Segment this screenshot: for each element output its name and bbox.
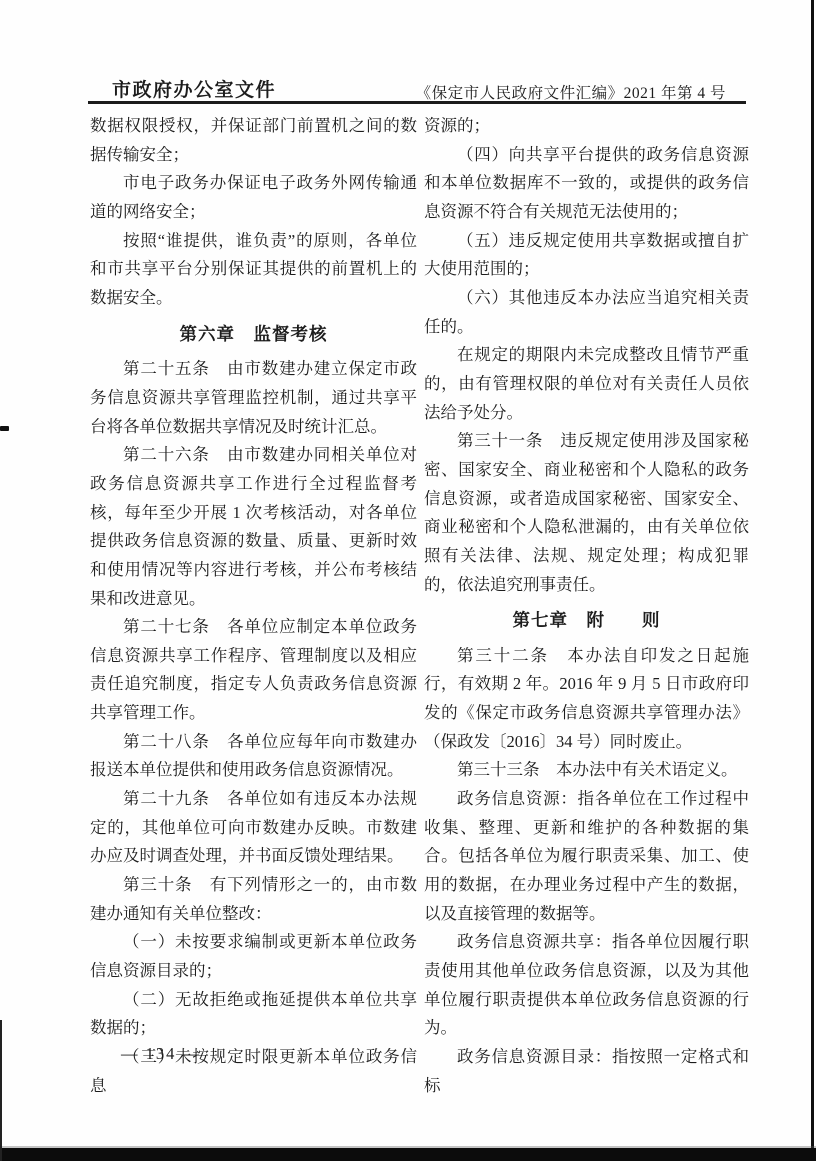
scan-edge-bottom — [0, 1148, 816, 1161]
paragraph: 第二十五条 由市数建办建立保定市政务信息资源共享管理监控机制，通过共享平台将各单… — [90, 355, 417, 441]
section-heading: 第七章 附 则 — [424, 606, 749, 635]
paragraph: 第三十条 有下列情形之一的，由市数建办通知有关单位整改： — [90, 871, 417, 928]
paragraph: 第三十一条 违反规定使用涉及国家秘密、国家安全、商业秘密和个人隐私的政务信息资源… — [424, 427, 749, 599]
paragraph: 第三十三条 本办法中有关术语定义。 — [424, 756, 749, 785]
header-left-title: 市政府办公室文件 — [112, 75, 276, 102]
paragraph: 第三十二条 本办法自印发之日起施行，有效期 2 年。2016 年 9 月 5 日… — [424, 642, 749, 757]
section-heading: 第六章 监督考核 — [90, 320, 417, 349]
scan-speck-mark — [0, 426, 9, 431]
paragraph: （二）无故拒绝或拖延提供本单位共享数据的； — [90, 986, 417, 1043]
paragraph: 第二十六条 由市数建办同相关单位对政务信息资源共享工作进行全过程监督考核，每年至… — [90, 441, 417, 613]
paragraph: （四）向共享平台提供的政务信息资源和本单位数据库不一致的，或提供的政务信息资源不… — [424, 141, 749, 227]
document-page: 市政府办公室文件 《保定市人民政府文件汇编》2021 年第 4 号 数据权限授权… — [0, 0, 816, 1161]
paragraph: 按照“谁提供，谁负责”的原则，各单位和市共享平台分别保证其提供的前置机上的数据安… — [90, 227, 417, 313]
scan-edge-left-lower — [0, 1020, 2, 1161]
paragraph: 政务信息资源共享：指各单位因履行职责使用其他单位政务信息资源，以及为其他单位履行… — [424, 928, 749, 1043]
text-column-left: 数据权限授权，并保证部门前置机之间的数据传输安全；市电子政务办保证电子政务外网传… — [90, 112, 417, 1100]
paragraph: 数据权限授权，并保证部门前置机之间的数据传输安全； — [90, 112, 417, 169]
paragraph: 第二十八条 各单位应每年向市数建办报送本单位提供和使用政务信息资源情况。 — [90, 728, 417, 785]
paragraph: 资源的； — [424, 112, 749, 141]
header-rule — [88, 101, 746, 104]
header-right-title: 《保定市人民政府文件汇编》2021 年第 4 号 — [416, 81, 726, 103]
paragraph: 市电子政务办保证电子政务外网传输通道的网络安全； — [90, 169, 417, 226]
paragraph: 政务信息资源目录：指按照一定格式和标 — [424, 1043, 749, 1100]
text-column-right: 资源的；（四）向共享平台提供的政务信息资源和本单位数据库不一致的，或提供的政务信… — [424, 112, 749, 1100]
scan-edge-right — [811, 0, 814, 1161]
page-number: — 134 — — [121, 1044, 201, 1064]
paragraph: （一）未按要求编制或更新本单位政务信息资源目录的； — [90, 928, 417, 985]
paragraph: 在规定的期限内未完成整改且情节严重的，由有管理权限的单位对有关责任人员依法给予处… — [424, 341, 749, 427]
paragraph: 第二十九条 各单位如有违反本办法规定的，其他单位可向市数建办反映。市数建办应及时… — [90, 785, 417, 871]
paragraph: 第二十七条 各单位应制定本单位政务信息资源共享工作程序、管理制度以及相应责任追究… — [90, 613, 417, 728]
paragraph: （六）其他违反本办法应当追究相关责任的。 — [424, 284, 749, 341]
paragraph: 政务信息资源：指各单位在工作过程中收集、整理、更新和维护的各种数据的集合。包括各… — [424, 785, 749, 928]
paragraph: （五）违反规定使用共享数据或擅自扩大使用范围的； — [424, 227, 749, 284]
